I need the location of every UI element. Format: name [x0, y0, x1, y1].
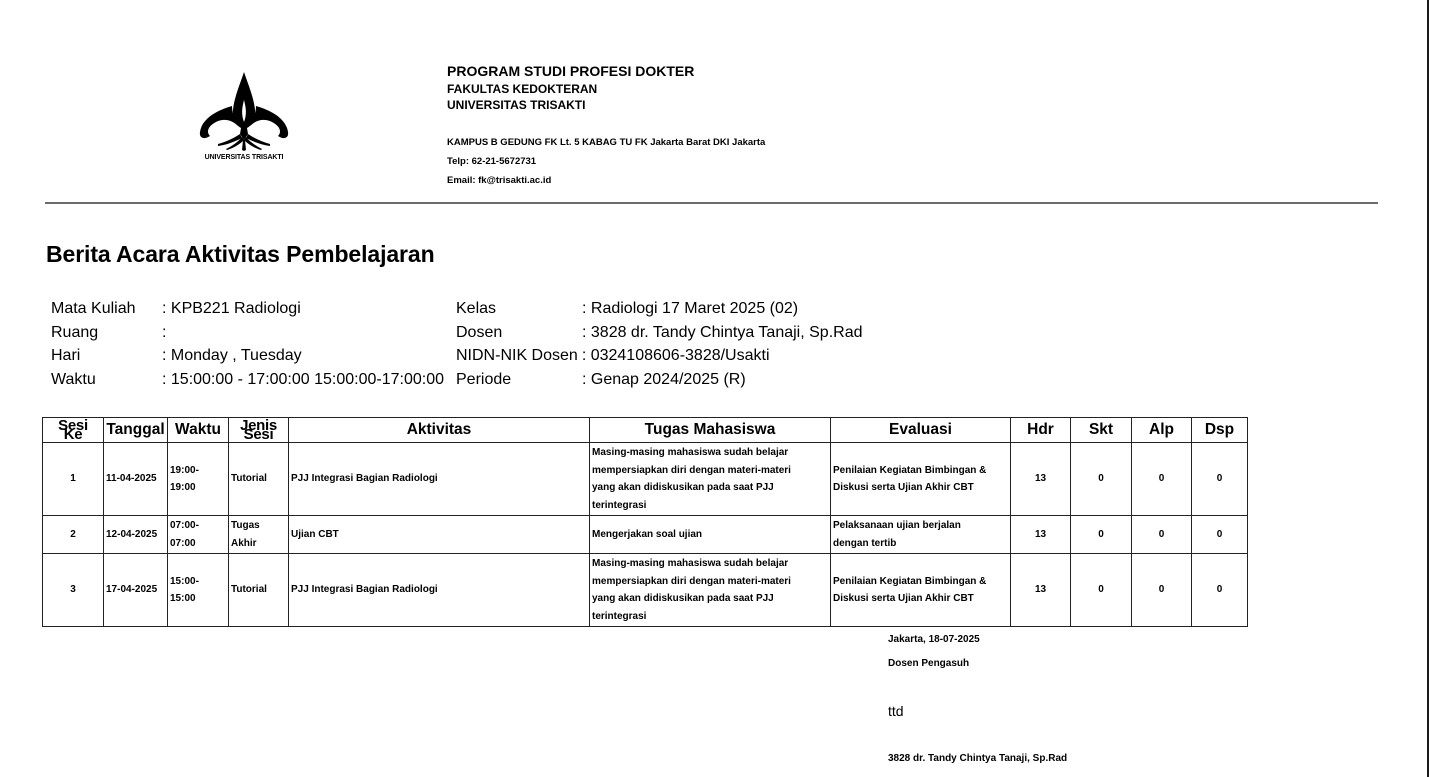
- info-label: Waktu: [51, 368, 162, 392]
- cell-tanggal: 17-04-2025: [104, 554, 168, 627]
- info-row-mata-kuliah: Mata Kuliah : KPB221 Radiologi: [51, 297, 444, 321]
- info-label: Mata Kuliah: [51, 297, 162, 321]
- university-name: UNIVERSITAS TRISAKTI: [447, 97, 765, 113]
- cell-hdr: 13: [1011, 443, 1071, 516]
- col-header-sesi: SesiKe: [43, 418, 104, 443]
- institution-header: PROGRAM STUDI PROFESI DOKTER FAKULTAS KE…: [447, 63, 765, 190]
- cell-jenis-sesi: TugasAkhir: [229, 516, 289, 554]
- table-row: 1 11-04-2025 19:00-19:00 Tutorial PJJ In…: [43, 443, 1248, 516]
- cell-evaluasi: Pelaksanaan ujian berjalandengan tertib: [831, 516, 1011, 554]
- info-value: : KPB221 Radiologi: [162, 297, 301, 321]
- email: Email: fk@trisakti.ac.id: [447, 171, 765, 190]
- page-title: Berita Acara Aktivitas Pembelajaran: [46, 241, 435, 268]
- signature-name: 3828 dr. Tandy Chintya Tanaji, Sp.Rad: [888, 753, 1067, 764]
- info-row-periode: Periode : Genap 2024/2025 (R): [456, 368, 862, 392]
- info-label: Periode: [456, 368, 582, 392]
- info-row-ruang: Ruang :: [51, 321, 444, 345]
- info-value: : Radiologi 17 Maret 2025 (02): [582, 297, 798, 321]
- col-header-dsp: Dsp: [1192, 418, 1248, 443]
- table-header-row: SesiKe Tanggal Waktu JenisSesi Aktivitas…: [43, 418, 1248, 443]
- universitas-trisakti-logo-icon: [196, 70, 292, 152]
- col-header-tugas: Tugas Mahasiswa: [590, 418, 831, 443]
- info-value: : 3828 dr. Tandy Chintya Tanaji, Sp.Rad: [582, 321, 862, 345]
- info-label: Kelas: [456, 297, 582, 321]
- col-header-jenis-sesi: JenisSesi: [229, 418, 289, 443]
- col-header-aktivitas: Aktivitas: [289, 418, 590, 443]
- activities-table: SesiKe Tanggal Waktu JenisSesi Aktivitas…: [42, 417, 1248, 627]
- cell-hdr: 13: [1011, 554, 1071, 627]
- cell-jenis-sesi: Tutorial: [229, 554, 289, 627]
- course-info-left: Mata Kuliah : KPB221 Radiologi Ruang : H…: [51, 297, 444, 392]
- cell-sesi: 3: [43, 554, 104, 627]
- info-row-waktu: Waktu : 15:00:00 - 17:00:00 15:00:00-17:…: [51, 368, 444, 392]
- logo-caption: UNIVERSITAS TRISAKTI: [196, 154, 292, 161]
- cell-alp: 0: [1132, 516, 1192, 554]
- cell-skt: 0: [1071, 554, 1132, 627]
- info-label: Dosen: [456, 321, 582, 345]
- col-header-skt: Skt: [1071, 418, 1132, 443]
- cell-dsp: 0: [1192, 554, 1248, 627]
- cell-alp: 0: [1132, 443, 1192, 516]
- col-header-evaluasi: Evaluasi: [831, 418, 1011, 443]
- program-name: PROGRAM STUDI PROFESI DOKTER: [447, 63, 765, 79]
- cell-skt: 0: [1071, 516, 1132, 554]
- cell-alp: 0: [1132, 554, 1192, 627]
- cell-tugas: Masing-masing mahasiswa sudah belajarmem…: [590, 554, 831, 627]
- faculty-name: FAKULTAS KEDOKTERAN: [447, 81, 765, 97]
- course-info-right: Kelas : Radiologi 17 Maret 2025 (02) Dos…: [456, 297, 862, 392]
- cell-aktivitas: PJJ Integrasi Bagian Radiologi: [289, 554, 590, 627]
- cell-waktu: 07:00-07:00: [168, 516, 229, 554]
- cell-hdr: 13: [1011, 516, 1071, 554]
- info-row-hari: Hari : Monday , Tuesday: [51, 344, 444, 368]
- header-divider: [45, 202, 1378, 204]
- cell-skt: 0: [1071, 443, 1132, 516]
- signature-role: Dosen Pengasuh: [888, 658, 969, 669]
- info-row-kelas: Kelas : Radiologi 17 Maret 2025 (02): [456, 297, 862, 321]
- info-row-dosen: Dosen : 3828 dr. Tandy Chintya Tanaji, S…: [456, 321, 862, 345]
- col-header-hdr: Hdr: [1011, 418, 1071, 443]
- table-row: 3 17-04-2025 15:00-15:00 Tutorial PJJ In…: [43, 554, 1248, 627]
- info-value: : Genap 2024/2025 (R): [582, 368, 746, 392]
- university-logo: UNIVERSITAS TRISAKTI: [196, 70, 292, 166]
- cell-evaluasi: Penilaian Kegiatan Bimbingan &Diskusi se…: [831, 554, 1011, 627]
- cell-aktivitas: PJJ Integrasi Bagian Radiologi: [289, 443, 590, 516]
- col-header-waktu: Waktu: [168, 418, 229, 443]
- phone: Telp: 62-21-5672731: [447, 152, 765, 171]
- cell-tugas: Mengerjakan soal ujian: [590, 516, 831, 554]
- cell-tanggal: 11-04-2025: [104, 443, 168, 516]
- signature-ttd: ttd: [888, 703, 904, 719]
- cell-waktu: 19:00-19:00: [168, 443, 229, 516]
- info-label: Ruang: [51, 321, 162, 345]
- info-label: Hari: [51, 344, 162, 368]
- info-label: NIDN-NIK Dosen: [456, 344, 582, 368]
- col-header-alp: Alp: [1132, 418, 1192, 443]
- cell-tugas: Masing-masing mahasiswa sudah belajarmem…: [590, 443, 831, 516]
- signature-place-date: Jakarta, 18-07-2025: [888, 634, 980, 645]
- info-value: : 0324108606-3828/Usakti: [582, 344, 770, 368]
- col-header-tanggal: Tanggal: [104, 418, 168, 443]
- cell-dsp: 0: [1192, 443, 1248, 516]
- info-value: : Monday , Tuesday: [162, 344, 302, 368]
- info-value: : 15:00:00 - 17:00:00 15:00:00-17:00:00: [162, 368, 444, 392]
- cell-evaluasi: Penilaian Kegiatan Bimbingan &Diskusi se…: [831, 443, 1011, 516]
- cell-tanggal: 12-04-2025: [104, 516, 168, 554]
- address: KAMPUS B GEDUNG FK Lt. 5 KABAG TU FK Jak…: [447, 133, 765, 152]
- cell-jenis-sesi: Tutorial: [229, 443, 289, 516]
- cell-sesi: 1: [43, 443, 104, 516]
- cell-aktivitas: Ujian CBT: [289, 516, 590, 554]
- cell-waktu: 15:00-15:00: [168, 554, 229, 627]
- document-page: UNIVERSITAS TRISAKTI PROGRAM STUDI PROFE…: [0, 0, 1430, 777]
- table-row: 2 12-04-2025 07:00-07:00 TugasAkhir Ujia…: [43, 516, 1248, 554]
- info-value: :: [162, 321, 166, 345]
- cell-sesi: 2: [43, 516, 104, 554]
- cell-dsp: 0: [1192, 516, 1248, 554]
- info-row-nidn: NIDN-NIK Dosen : 0324108606-3828/Usakti: [456, 344, 862, 368]
- page-edge-scrollbar: [1427, 0, 1429, 777]
